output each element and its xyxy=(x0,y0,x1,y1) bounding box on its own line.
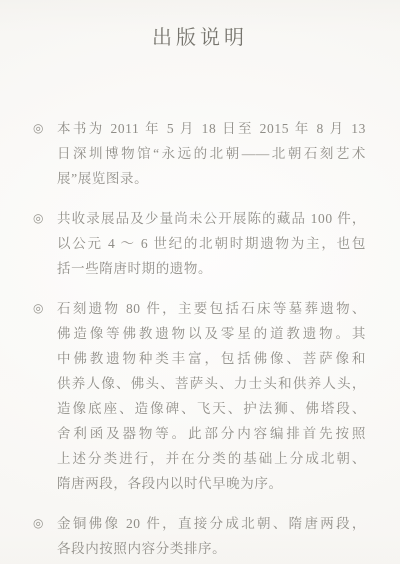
paragraph-line: 上述分类进行，并在分类的基础上分成北朝、 xyxy=(57,446,366,471)
bullet-marker-icon: ◎ xyxy=(33,206,57,231)
paragraph-lines: 石刻遗物 80 件，主要包括石床等墓葬遗物、佛造像等佛教遗物以及零星的道教遗物。… xyxy=(57,296,366,496)
page-title: 出版说明 xyxy=(0,0,400,50)
paragraph-line: 共收录展品及少量尚未公开展陈的藏品 100 件， xyxy=(57,206,366,231)
paragraph-line: 各段内按照内容分类排序。 xyxy=(57,536,366,561)
paragraph-line: 本书为 2011 年 5 月 18 日至 2015 年 8 月 13 xyxy=(57,116,366,141)
paragraph-line: 括一些隋唐时期的遗物。 xyxy=(57,256,366,281)
paragraph: ◎本书为 2011 年 5 月 18 日至 2015 年 8 月 13日深圳博物… xyxy=(33,116,366,191)
paragraph-line: 隋唐两段，各段内以时代早晚为序。 xyxy=(57,471,366,496)
paragraph-line: 中佛教遗物种类丰富，包括佛像、菩萨像和 xyxy=(57,346,366,371)
paragraph: ◎金铜佛像 20 件，直接分成北朝、隋唐两段，各段内按照内容分类排序。 xyxy=(33,511,366,561)
paragraph: ◎共收录展品及少量尚未公开展陈的藏品 100 件，以公元 4 ～ 6 世纪的北朝… xyxy=(33,206,366,281)
paragraph-line: 金铜佛像 20 件，直接分成北朝、隋唐两段， xyxy=(57,511,366,536)
paragraph-lines: 共收录展品及少量尚未公开展陈的藏品 100 件，以公元 4 ～ 6 世纪的北朝时… xyxy=(57,206,366,281)
paragraph: ◎石刻遗物 80 件，主要包括石床等墓葬遗物、佛造像等佛教遗物以及零星的道教遗物… xyxy=(33,296,366,496)
paragraph-line: 以公元 4 ～ 6 世纪的北朝时期遗物为主，也包 xyxy=(57,231,366,256)
paragraph-lines: 本书为 2011 年 5 月 18 日至 2015 年 8 月 13日深圳博物馆… xyxy=(57,116,366,191)
publication-notes-content: ◎本书为 2011 年 5 月 18 日至 2015 年 8 月 13日深圳博物… xyxy=(33,116,366,561)
bullet-marker-icon: ◎ xyxy=(33,296,57,321)
paragraph-line: 供养人像、佛头、菩萨头、力士头和供养人头， xyxy=(57,371,366,396)
paragraph-line: 展”展览图录。 xyxy=(57,166,366,191)
paragraph-line: 石刻遗物 80 件，主要包括石床等墓葬遗物、 xyxy=(57,296,366,321)
paragraph-line: 舍利函及器物等。此部分内容编排首先按照 xyxy=(57,421,366,446)
paragraph-line: 造像底座、造像碑、飞天、护法狮、佛塔段、 xyxy=(57,396,366,421)
scanned-book-page: 出版说明 ◎本书为 2011 年 5 月 18 日至 2015 年 8 月 13… xyxy=(0,0,400,564)
paragraph-line: 日深圳博物馆“永远的北朝——北朝石刻艺术 xyxy=(57,141,366,166)
bullet-marker-icon: ◎ xyxy=(33,116,57,141)
paragraph-line: 佛造像等佛教遗物以及零星的道教遗物。其 xyxy=(57,321,366,346)
paragraph-lines: 金铜佛像 20 件，直接分成北朝、隋唐两段，各段内按照内容分类排序。 xyxy=(57,511,366,561)
bullet-marker-icon: ◎ xyxy=(33,511,57,536)
